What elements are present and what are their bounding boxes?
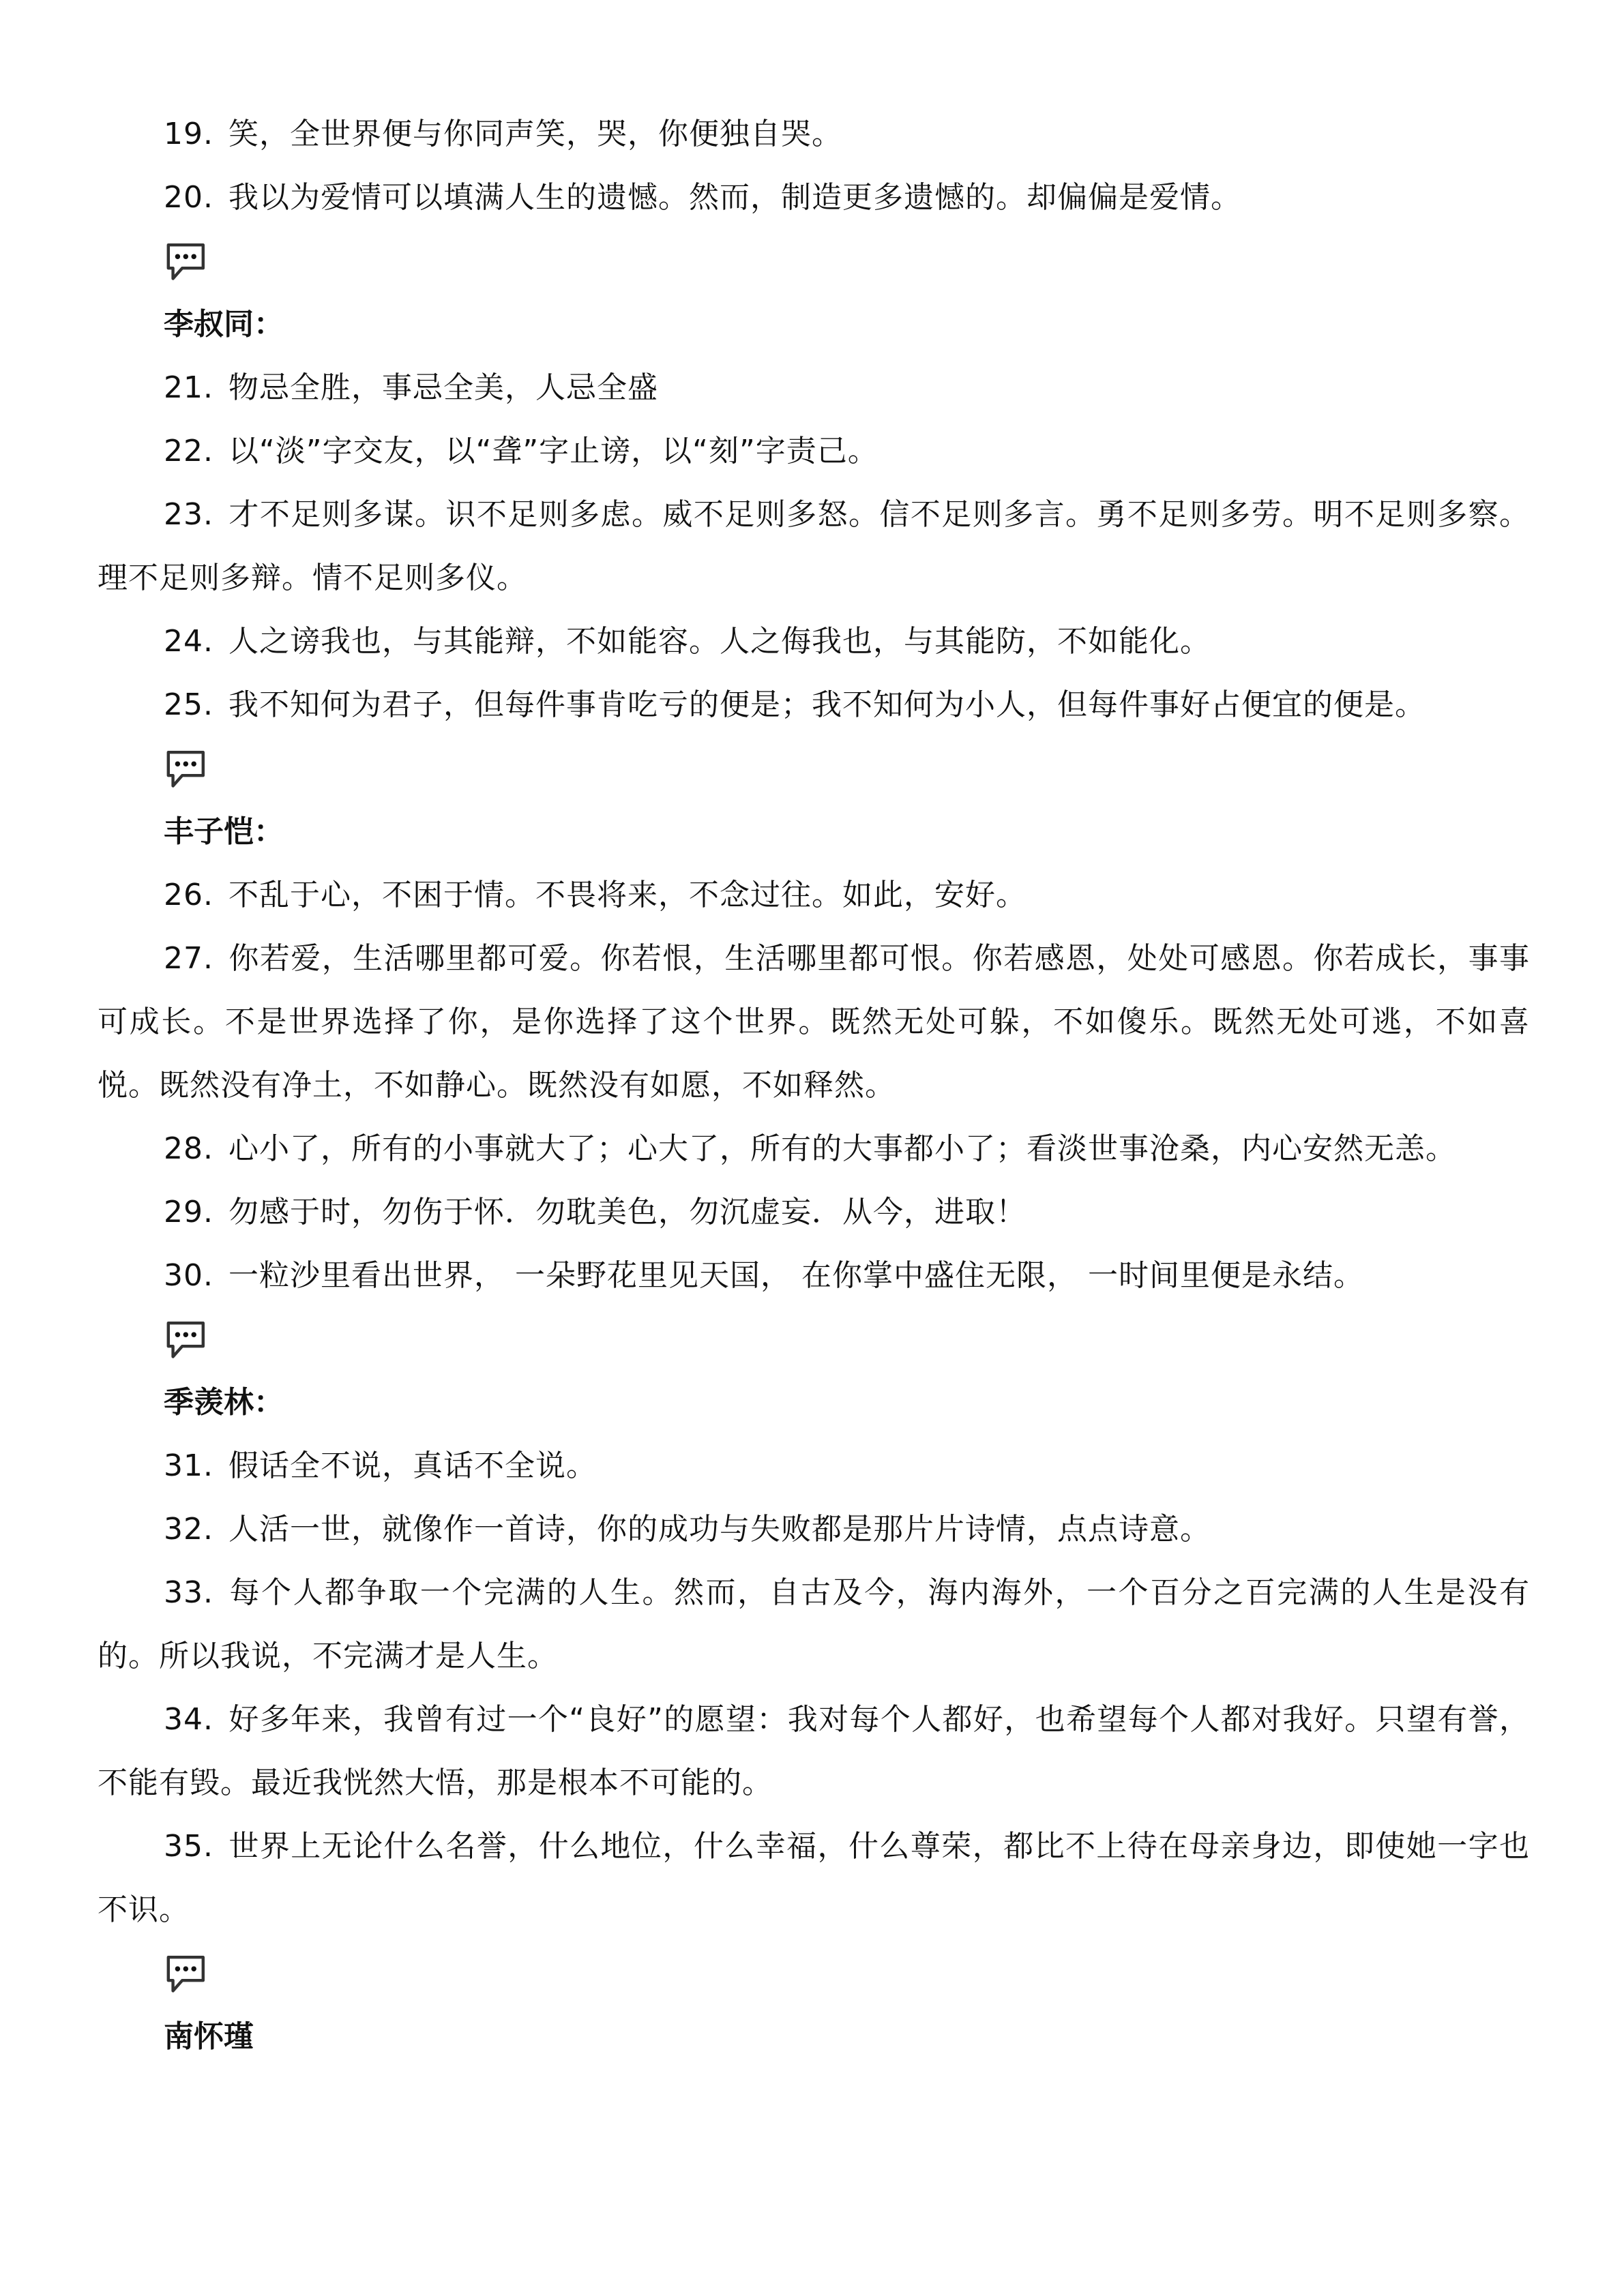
- document-page: 19.笑，全世界便与你同声笑，哭，你便独自哭。 20.我以为爱情可以填满人生的遗…: [98, 102, 1530, 2068]
- quote-28: 28.心小了，所有的小事就大了；心大了，所有的大事都小了；看淡世事沧桑，内心安然…: [98, 1117, 1530, 1180]
- quote-22: 22.以“淡”字交友，以“聋”字止谤，以“刻”字责己。: [98, 419, 1530, 483]
- author-heading: 李叔同：: [164, 293, 1530, 356]
- quote-34: 34.好多年来，我曾有过一个“良好”的愿望：我对每个人都好，也希望每个人都对我好…: [98, 1688, 1530, 1815]
- author-heading: 季羡林：: [164, 1371, 1530, 1434]
- quote-27: 27.你若爱，生活哪里都可爱。你若恨，生活哪里都可恨。你若感恩，处处可感恩。你若…: [98, 927, 1530, 1117]
- quote-35: 35.世界上无论什么名誉，什么地位，什么幸福，什么尊荣，都比不上待在母亲身边，即…: [98, 1815, 1530, 1941]
- quote-24: 24.人之谤我也，与其能辩，不如能容。人之侮我也，与其能防，不如能化。: [98, 610, 1530, 673]
- comment-bubble-icon: [164, 1950, 210, 1997]
- comment-bubble-icon: [164, 238, 210, 284]
- quote-30: 30.一粒沙里看出世界， 一朵野花里见天国， 在你掌中盛住无限， 一时间里便是永…: [98, 1244, 1530, 1307]
- quote-19: 19.笑，全世界便与你同声笑，哭，你便独自哭。: [98, 102, 1530, 166]
- quote-33: 33.每个人都争取一个完满的人生。然而，自古及今，海内海外，一个百分之百完满的人…: [98, 1561, 1530, 1688]
- comment-icon-row: [164, 229, 1530, 293]
- quote-25: 25.我不知何为君子，但每件事肯吃亏的便是；我不知何为小人，但每件事好占便宜的便…: [98, 673, 1530, 736]
- quote-21: 21.物忌全胜，事忌全美，人忌全盛: [98, 356, 1530, 419]
- comment-icon-row: [164, 1941, 1530, 2005]
- quote-31: 31.假话全不说，真话不全说。: [98, 1434, 1530, 1497]
- quote-23: 23.才不足则多谋。识不足则多虑。威不足则多怒。信不足则多言。勇不足则多劳。明不…: [98, 483, 1530, 610]
- comment-icon-row: [164, 1307, 1530, 1371]
- comment-bubble-icon: [164, 745, 210, 792]
- author-heading-final: 南怀瑾: [164, 2005, 1530, 2068]
- author-heading: 丰子恺：: [164, 800, 1530, 863]
- quote-32: 32.人活一世，就像作一首诗，你的成功与失败都是那片片诗情，点点诗意。: [98, 1497, 1530, 1561]
- quote-26: 26.不乱于心，不困于情。不畏将来，不念过往。如此，安好。: [98, 863, 1530, 927]
- comment-bubble-icon: [164, 1316, 210, 1362]
- quote-29: 29.勿感于时，勿伤于怀．勿耽美色，勿沉虚妄．从今，进取！: [98, 1180, 1530, 1244]
- quote-20: 20.我以为爱情可以填满人生的遗憾。然而，制造更多遗憾的。却偏偏是爱情。: [98, 166, 1530, 229]
- comment-icon-row: [164, 736, 1530, 800]
